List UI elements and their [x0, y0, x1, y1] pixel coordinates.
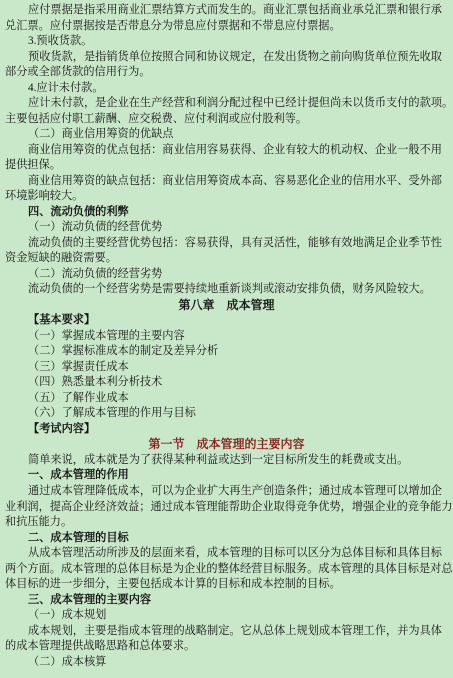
text-line: 应付票据是指采用商业汇票结算方式而发生的。商业汇票包括商业承兑汇票和银行承: [0, 3, 453, 19]
text-line: 二、成本管理的目标: [0, 531, 453, 547]
text-line: 成本规划，主要是指成本管理的战略制定。它从总体上规划成本管理工作，并为具体: [0, 624, 453, 640]
text-line: 应计未付款，是企业在生产经营和利润分配过程中已经计提但尚未以货币支付的款项。: [0, 96, 453, 112]
text-line: 一、成本管理的作用: [0, 468, 453, 484]
text-line: 第八章 成本管理: [0, 298, 453, 314]
text-line: （一）成本规划: [0, 608, 453, 624]
text-line: 简单来说，成本就是为了获得某种利益或达到一定目标所发生的耗费或支出。: [0, 453, 453, 469]
text-line: （二）流动负债的经营劣势: [0, 267, 453, 283]
text-line: 【基本要求】: [0, 313, 453, 329]
text-line: （四）熟悉量本利分析技术: [0, 375, 453, 391]
text-line: （二）成本核算: [0, 655, 453, 671]
text-line: 体目标的进一步细分，主要包括成本计算的目标和成本控制的目标。: [0, 577, 453, 593]
text-line: （二）掌握标准成本的制定及差异分析: [0, 344, 453, 360]
text-line: （一）掌握成本管理的主要内容: [0, 329, 453, 345]
text-line: 4.应计未付款。: [0, 81, 453, 97]
text-line: 三、成本管理的主要内容: [0, 593, 453, 609]
text-line: 流动负债的一个经营劣势是需要持续地重新谈判或滚动安排负债，财务风险较大。: [0, 282, 453, 298]
text-line: 资金短缺的融资需要。: [0, 251, 453, 267]
text-line: 业利润，提高企业经济效益；通过成本管理能帮助企业取得竞争优势，增强企业的竞争能力: [0, 500, 453, 516]
text-line: （二）商业信用筹资的优缺点: [0, 127, 453, 143]
text-line: 流动负债的主要经营优势包括：容易获得，具有灵活性，能够有效地满足企业季节性: [0, 236, 453, 252]
text-line: 通过成本管理降低成本，可以为企业扩大再生产创造条件；通过成本管理可以增加企: [0, 484, 453, 500]
text-line: 从成本管理活动所涉及的层面来看，成本管理的目标可以区分为总体目标和具体目标: [0, 546, 453, 562]
text-line: 主要包括应付职工薪酬、应交税费、应付利润或应付股利等。: [0, 112, 453, 128]
text-line: 两个方面。成本管理的总体目标是为企业的整体经营目标服务。成本管理的具体目标是对总: [0, 562, 453, 578]
text-line: （五）了解作业成本: [0, 391, 453, 407]
text-line: 四、流动负债的利弊: [0, 205, 453, 221]
text-line: （三）掌握责任成本: [0, 360, 453, 376]
text-line: 和抗压能力。: [0, 515, 453, 531]
text-line: 提供担保。: [0, 158, 453, 174]
text-line: 预收货款，是指销货单位按照合同和协议规定，在发出货物之前向购货单位预先收取: [0, 50, 453, 66]
document-page: 应付票据是指采用商业汇票结算方式而发生的。商业汇票包括商业承兑汇票和银行承兑汇票…: [0, 0, 453, 678]
text-line: 的成本管理提供战略思路和总体要求。: [0, 639, 453, 655]
document-text-body: 应付票据是指采用商业汇票结算方式而发生的。商业汇票包括商业承兑汇票和银行承兑汇票…: [0, 3, 453, 670]
text-line: 商业信用筹资的优点包括：商业信用容易获得、企业有较大的机动权、企业一般不用: [0, 143, 453, 159]
text-line: 3.预收货款。: [0, 34, 453, 50]
text-line: （六）了解成本管理的作用与目标: [0, 406, 453, 422]
text-line: 第一节 成本管理的主要内容: [0, 437, 453, 453]
text-line: （一）流动负债的经营优势: [0, 220, 453, 236]
text-line: 环境影响较大。: [0, 189, 453, 205]
text-line: 商业信用筹资的缺点包括：商业信用筹资成本高、容易恶化企业的信用水平、受外部: [0, 174, 453, 190]
text-line: 【考试内容】: [0, 422, 453, 438]
text-line: 兑汇票。应付票据按是否带息分为带息应付票据和不带息应付票据。: [0, 19, 453, 35]
text-line: 部分或全部货款的信用行为。: [0, 65, 453, 81]
